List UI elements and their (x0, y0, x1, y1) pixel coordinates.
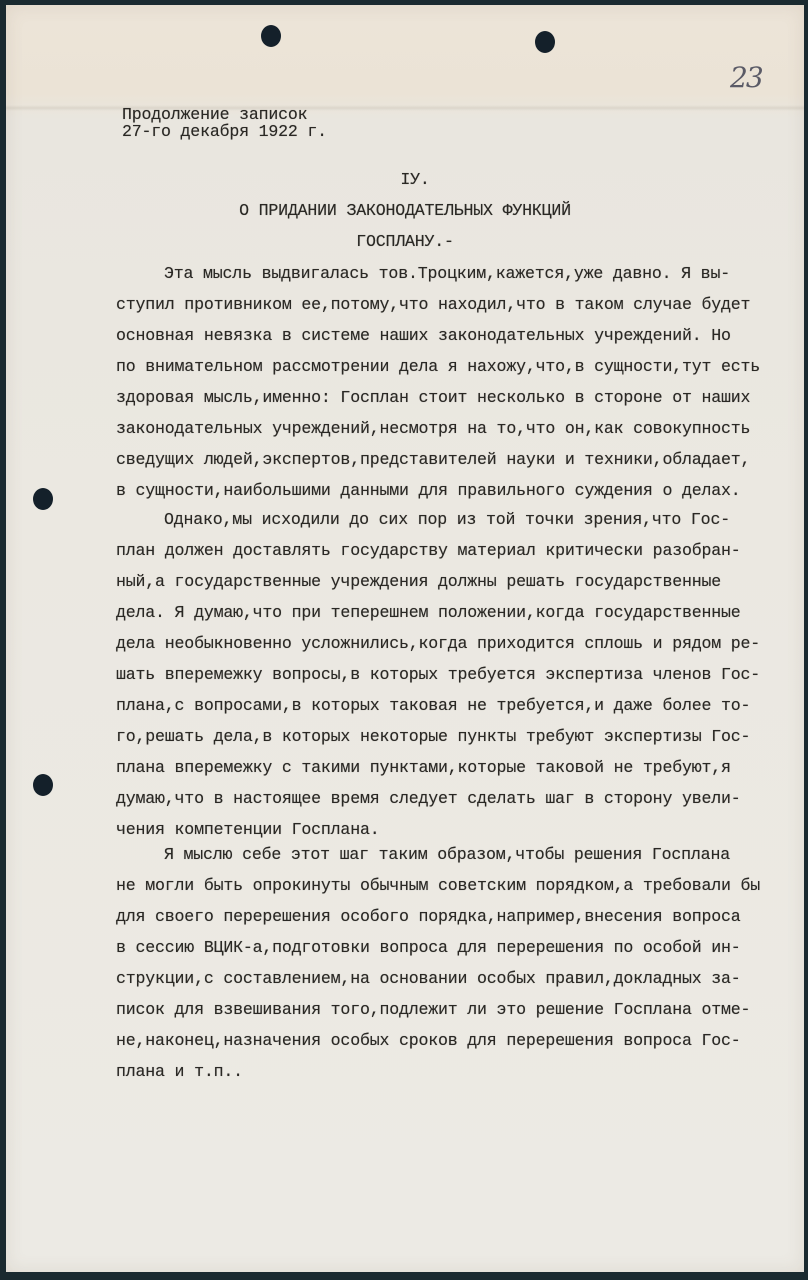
paragraph-2-line: плана,с вопросами,в которых таковая не т… (116, 696, 750, 715)
paragraph-2-line: ный,а государственные учреждения должны … (116, 572, 721, 591)
punch-hole (33, 488, 53, 510)
paragraph-2-line: шать вперемежку вопросы,в которых требуе… (116, 665, 760, 684)
paragraph-2-line: плана вперемежку с такими пунктами,котор… (116, 758, 731, 777)
paragraph-2-line: дела. Я думаю,что при теперешнем положен… (116, 603, 741, 622)
paragraph-3-line: струкции,с составлением,на основании осо… (116, 969, 741, 988)
paragraph-1-line: Эта мысль выдвигалась тов.Троцким,кажетс… (164, 264, 730, 283)
punch-hole (33, 774, 53, 796)
section-title-line-1: О ПРИДАНИИ ЗАКОНОДАТЕЛЬНЫХ ФУНКЦИЙ (6, 201, 804, 220)
paragraph-3-line: плана и т.п.. (116, 1062, 243, 1081)
paragraph-2-line: чения компетенции Госплана. (116, 820, 379, 839)
header-line-2: 27-го декабря 1922 г. (122, 122, 327, 141)
paragraph-3-line: писок для взвешивания того,подлежит ли э… (116, 1000, 750, 1019)
document-page: 23 Продолжение записок 27-го декабря 192… (6, 5, 804, 1272)
paragraph-3-line: не,наконец,назначения особых сроков для … (116, 1031, 741, 1050)
paragraph-1-line: сведущих людей,экспертов,представителей … (116, 450, 750, 469)
section-title-line-2: ГОСПЛАНУ.- (6, 232, 804, 251)
paragraph-2-line: Однако,мы исходили до сих пор из той точ… (164, 510, 730, 529)
paragraph-3-line: в сессию ВЦИК-а,подготовки вопроса для п… (116, 938, 741, 957)
paragraph-2-line: думаю,что в настоящее время следует сдел… (116, 789, 741, 808)
paragraph-2-line: дела необыкновенно усложнились,когда при… (116, 634, 760, 653)
paragraph-1-line: законодательных учреждений,несмотря на т… (116, 419, 750, 438)
handwritten-page-number: 23 (730, 61, 762, 94)
paragraph-1-line: здоровая мысль,именно: Госплан стоит нес… (116, 388, 750, 407)
paragraph-1-line: ступил противником ее,потому,что находил… (116, 295, 750, 314)
punch-hole (535, 31, 555, 53)
paragraph-3-line: для своего перерешения особого порядка,н… (116, 907, 741, 926)
paragraph-3-line: Я мыслю себе этот шаг таким образом,чтоб… (164, 845, 730, 864)
section-numeral: IУ. (6, 170, 808, 189)
paragraph-2-line: план должен доставлять государству матер… (116, 541, 741, 560)
paragraph-1-line: по внимательном рассмотрении дела я нахо… (116, 357, 760, 376)
paragraph-1-line: в сущности,наибольшими данными для прави… (116, 481, 741, 500)
punch-hole (261, 25, 281, 47)
paragraph-1-line: основная невязка в системе наших законод… (116, 326, 731, 345)
paragraph-3-line: не могли быть опрокинуты обычным советск… (116, 876, 760, 895)
paragraph-2-line: го,решать дела,в которых некоторые пункт… (116, 727, 750, 746)
